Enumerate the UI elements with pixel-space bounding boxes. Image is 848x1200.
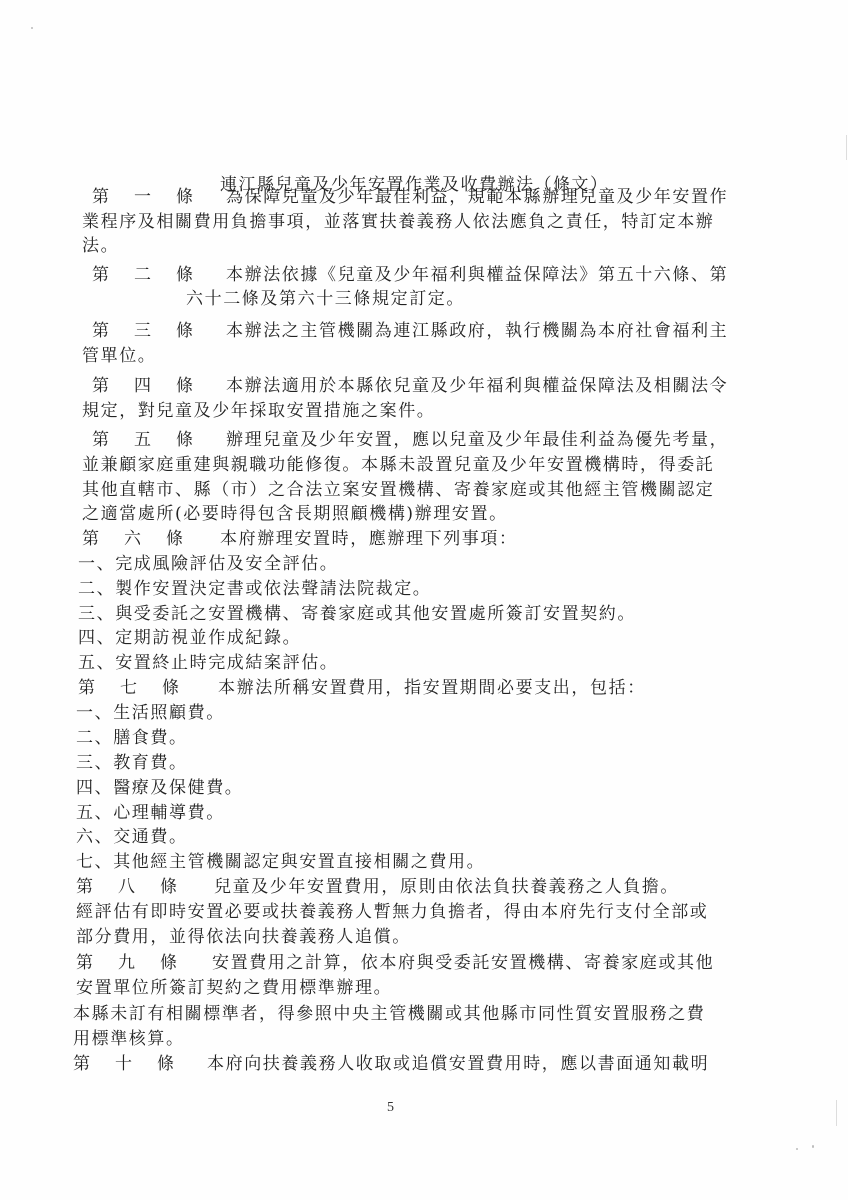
article-9-line-1: 第九條安置費用之計算，依本府與受委託安置機構、寄養家庭或其他 [76,952,714,974]
article-label: 第六條 [82,528,208,550]
article-7-item-6: 六、交通費。 [76,826,188,848]
article-2-line-2: 六十二條及第六十三條規定訂定。 [186,288,465,310]
article-5-line-1: 第五條辦理兒童及少年安置，應以兒童及少年最佳利益為優先考量， [92,429,728,451]
article-8-line-2: 經評估有即時安置必要或扶養義務人暫無力負擔者，得由本府先行支付全部或 [76,901,708,923]
article-label: 第八條 [76,876,202,898]
article-label: 第三條 [92,320,218,342]
article-5-line-4: 之適當處所(必要時得包含長期照顧機構)辦理安置。 [82,503,508,525]
article-4-line-2: 規定，對兒童及少年採取安置措施之案件。 [82,400,435,422]
article-label: 第七條 [78,677,204,699]
article-label: 第十條 [73,1053,199,1075]
article-6-item-2: 二、製作安置決定書或依法聲請法院裁定。 [78,578,431,600]
article-7-item-5: 五、心理輔導費。 [76,802,225,824]
article-7-item-2: 二、膳食費。 [76,727,188,749]
scan-speck [31,27,33,29]
article-6-line-1: 第六條本府辦理安置時，應辦理下列事項： [82,528,518,550]
article-7-item-4: 四、醫療及保健費。 [76,777,243,799]
scan-edge-mark [836,1100,837,1126]
article-9-line-3: 本縣未訂有相關標準者，得參照中央主管機關或其他縣市同性質安置服務之費 [73,1003,705,1025]
article-8-line-3: 部分費用，並得依法向扶養義務人追償。 [76,926,411,948]
article-3-line-1: 第三條本辦法之主管機關為連江縣政府，執行機關為本府社會福利主 [92,320,728,342]
scan-speck [812,1145,814,1148]
article-7-line-1: 第七條本辦法所稱安置費用，指安置期間必要支出，包括： [78,677,646,699]
article-9-line-4: 用標準核算。 [73,1028,185,1050]
article-3-line-2: 管單位。 [82,345,156,367]
article-label: 第四條 [92,375,218,397]
article-6-item-1: 一、完成風險評估及安全評估。 [78,553,338,575]
article-label: 第九條 [76,952,202,974]
article-5-line-2: 並兼顧家庭重建與親職功能修復。本縣未設置兒童及少年安置機構時，得委託 [82,454,714,476]
article-8-line-1: 第八條兒童及少年安置費用，原則由依法負扶養義務之人負擔。 [76,876,679,898]
article-1-line-3: 法。 [82,235,119,257]
scan-edge-mark [846,135,847,160]
article-9-line-2: 安置單位所簽訂契約之費用標準辦理。 [76,977,392,999]
article-10-line-1: 第十條本府向扶養義務人收取或追償安置費用時，應以書面通知載明 [73,1053,709,1075]
article-6-item-3: 三、與受委託之安置機構、寄養家庭或其他安置處所簽訂安置契約。 [78,603,636,625]
article-7-item-1: 一、生活照顧費。 [76,702,225,724]
article-7-item-3: 三、教育費。 [76,752,188,774]
article-label: 第二條 [92,264,218,286]
article-6-item-4: 四、定期訪視並作成紀錄。 [78,627,301,649]
article-4-line-1: 第四條本辦法適用於本縣依兒童及少年福利與權益保障法及相關法令 [92,375,728,397]
scan-speck [796,1148,798,1150]
article-1-line-1: 第一條為保障兒童及少年最佳利益，規範本縣辦理兒童及少年安置作 [92,186,728,208]
article-5-line-3: 其他直轄市、縣（市）之合法立案安置機構、寄養家庭或其他經主管機關認定 [82,479,714,501]
scanned-page: 連江縣兒童及少年安置作業及收費辦法（條文） 第一條為保障兒童及少年最佳利益，規範… [0,0,848,1200]
article-label: 第五條 [92,429,218,451]
article-2-line-1: 第二條本辦法依據《兒童及少年福利與權益保障法》第五十六條、第 [92,264,728,286]
article-6-item-5: 五、安置終止時完成結案評估。 [78,652,338,674]
page-number: 5 [387,1100,394,1116]
article-1-line-2: 業程序及相關費用負擔事項，並落實扶養義務人依法應負之責任，特訂定本辦 [82,211,714,233]
article-7-item-7: 七、其他經主管機關認定與安置直接相關之費用。 [76,851,485,873]
article-label: 第一條 [92,186,218,208]
